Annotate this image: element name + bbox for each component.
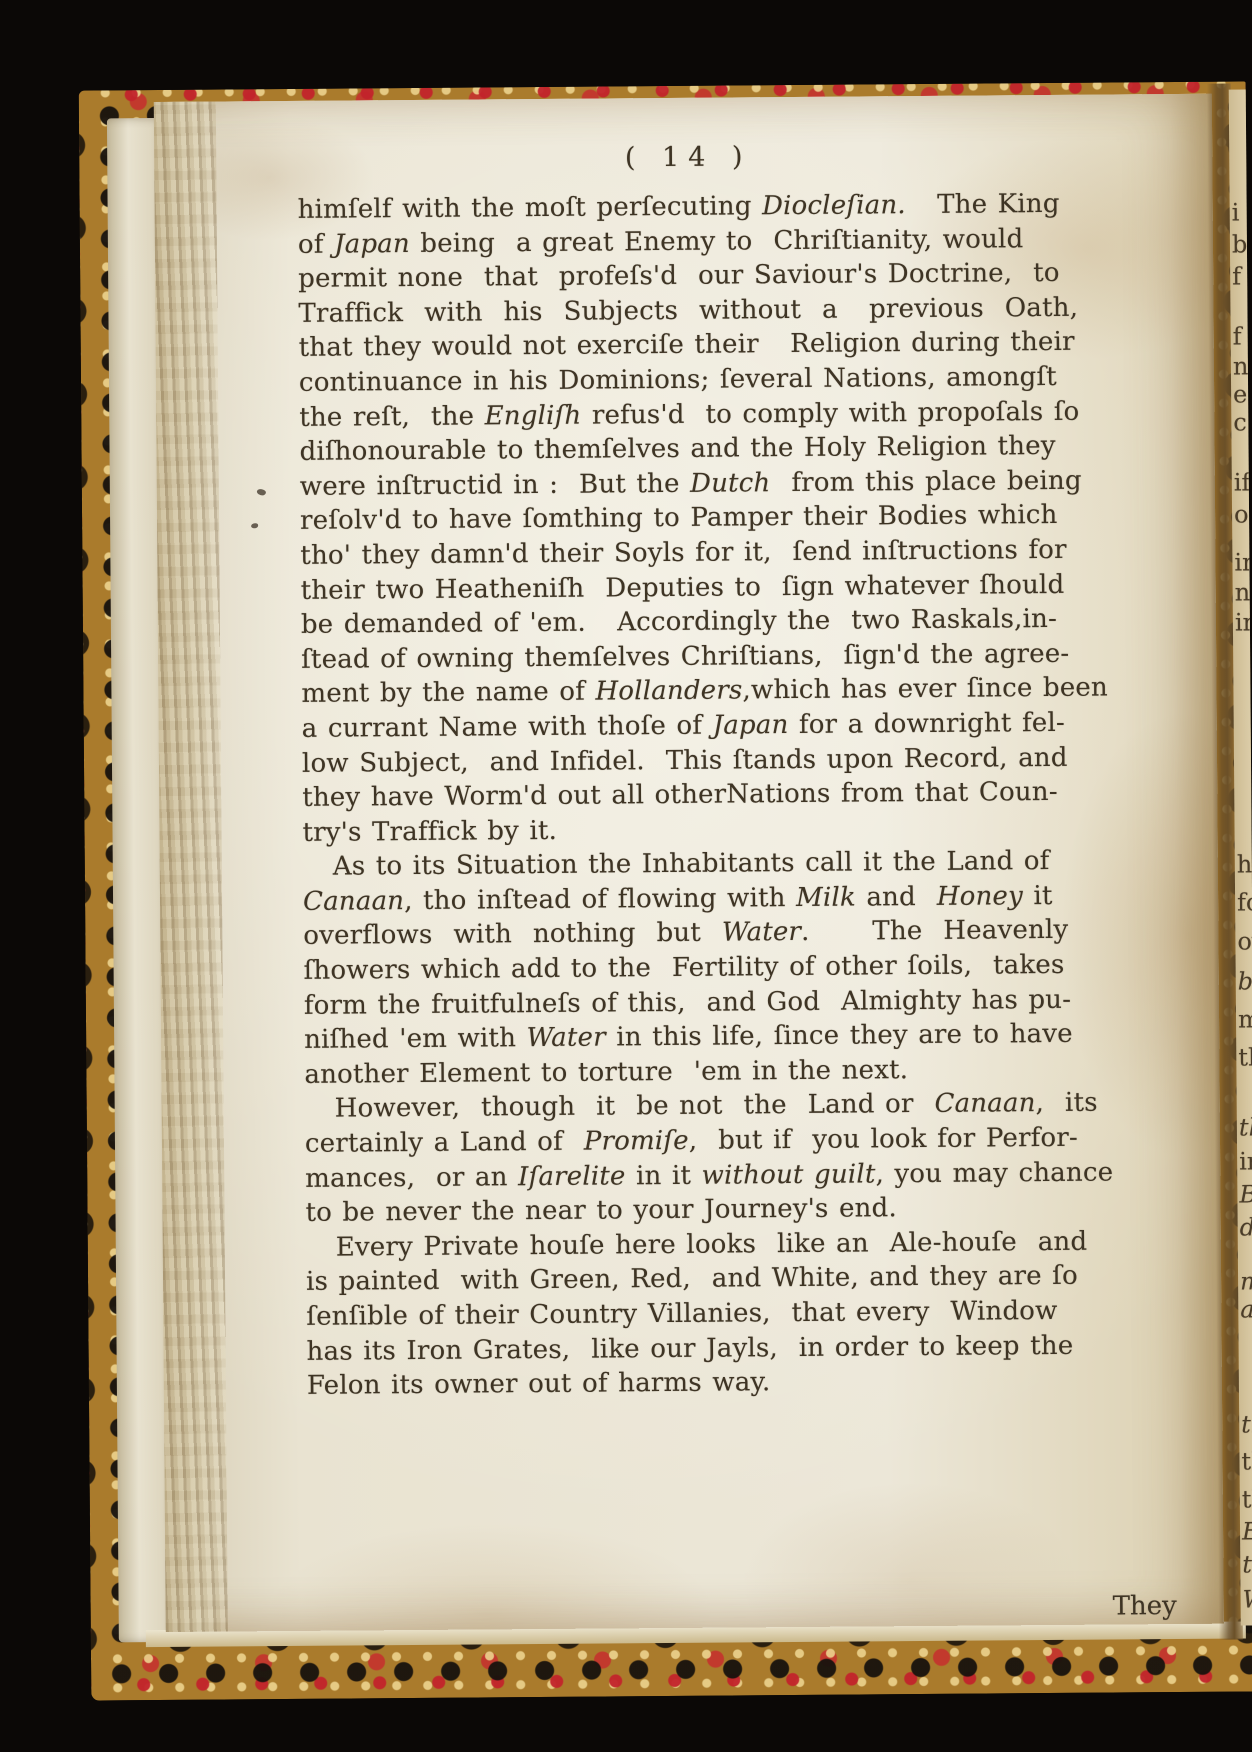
facing-page-text-fragment: i xyxy=(1232,198,1240,226)
facing-page-text-fragment: ma xyxy=(1238,1005,1252,1033)
facing-page-text-fragment: mu xyxy=(1240,1267,1252,1295)
facing-page-text-fragment: th xyxy=(1238,1043,1252,1071)
text-line: has its Iron Grates, like our Jayls, in … xyxy=(306,1328,1116,1369)
facing-page-text-fragment: Bu xyxy=(1239,1180,1252,1208)
text-line: certainly a Land of Promiſe, but if you … xyxy=(305,1121,1115,1162)
facing-page-text-fragment: n xyxy=(1235,578,1251,606)
text-line: continuance in his Dominions; ſeveral Na… xyxy=(299,359,1109,400)
text-line: ſhowers which add to the Fertility of ot… xyxy=(303,948,1113,989)
facing-page-text-fragment: bo xyxy=(1238,967,1252,995)
catchword: They xyxy=(1113,1591,1177,1622)
facing-page-text-fragment: the xyxy=(1239,1113,1252,1141)
text-line: a currant Name with thoſe of Japan for a… xyxy=(302,705,1112,746)
text-line: ſenſible of their Country Villanies, tha… xyxy=(306,1293,1116,1334)
facing-page-text-fragment: ov xyxy=(1237,927,1252,955)
text-line: himſelf with the moſt perſecuting Diocle… xyxy=(298,187,1108,228)
facing-page-text-fragment: fo xyxy=(1237,888,1252,916)
facing-page-text-fragment: o xyxy=(1234,500,1249,528)
book-page: ( 14 ) himſelf with the moſt perſecuting… xyxy=(164,94,1224,1632)
ink-mark xyxy=(251,523,258,528)
facing-page-text-fragment: al xyxy=(1240,1295,1252,1323)
facing-page-text-fragment: in xyxy=(1234,548,1252,576)
facing-page-text-fragment: c xyxy=(1233,408,1247,436)
page-number: ( 14 ) xyxy=(164,138,1212,177)
facing-page-text-fragment: if xyxy=(1234,468,1251,496)
facing-page-text-fragment: f xyxy=(1232,262,1241,290)
text-line: niſhed 'em with Water in this life, ſinc… xyxy=(304,1017,1114,1058)
facing-page-text-fragment: b xyxy=(1232,230,1248,258)
facing-page-text-fragment: hi xyxy=(1237,850,1252,878)
book: ( 14 ) himſelf with the moſt perſecuting… xyxy=(79,81,1252,1700)
facing-page-text-fragment: in xyxy=(1235,608,1252,636)
facing-page-text-fragment: ther xyxy=(1241,1410,1252,1438)
facing-page-text-fragment: the xyxy=(1241,1447,1252,1475)
facing-page-text-fragment: Ex xyxy=(1242,1517,1252,1545)
text-line: mances, or an Iſarelite in it without gu… xyxy=(305,1155,1115,1196)
photo-background: ( 14 ) himſelf with the moſt perſecuting… xyxy=(0,0,1252,1752)
facing-page-text-fragment: the xyxy=(1242,1550,1252,1578)
ink-mark xyxy=(256,488,266,497)
text-block: himſelf with the moſt perſecuting Diocle… xyxy=(298,187,1117,1404)
torn-page-edge xyxy=(154,102,228,1632)
text-line: they have Worm'd out all otherNations fr… xyxy=(302,775,1112,816)
facing-page-text-fragment: n xyxy=(1233,352,1249,380)
text-line: tho' they damn'd their Soyls for it, ſen… xyxy=(300,532,1110,573)
facing-page-text-fragment: Wo xyxy=(1242,1585,1252,1613)
facing-page-text-fragment: f xyxy=(1233,322,1242,350)
facing-page-text-fragment: di xyxy=(1240,1213,1252,1241)
facing-page-text-fragment: e xyxy=(1233,380,1247,408)
facing-page-text-fragment: in xyxy=(1239,1147,1252,1175)
facing-page-text-fragment: the xyxy=(1242,1485,1252,1513)
text-line: Felon its owner out of harms way. xyxy=(307,1363,1117,1404)
